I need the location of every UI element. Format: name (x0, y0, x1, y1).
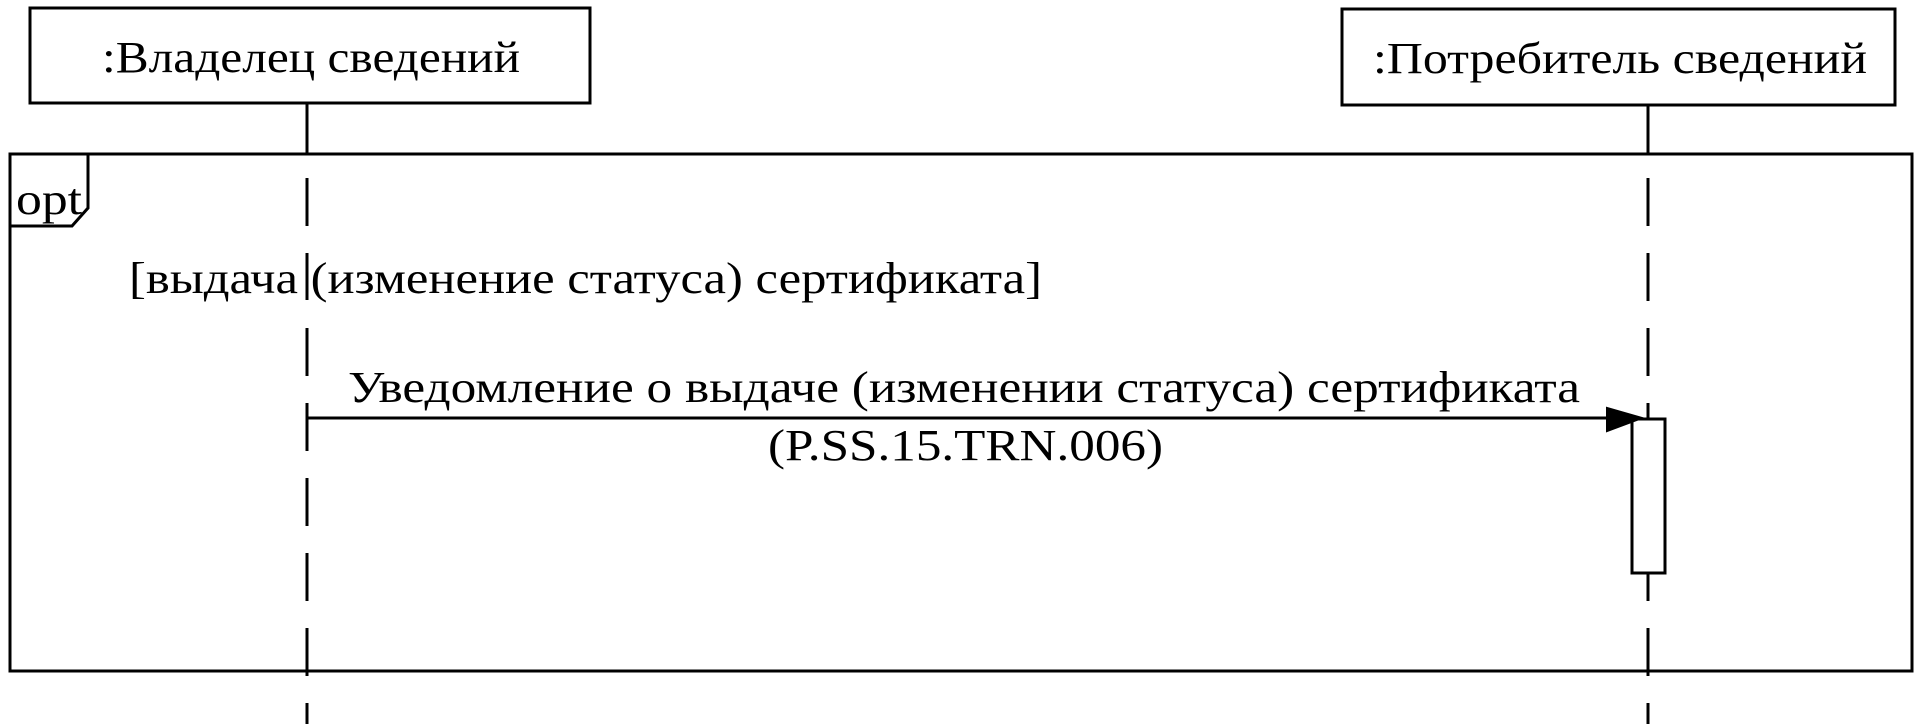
opt-fragment-frame[interactable] (10, 154, 1912, 671)
participant-owner-label: :Владелец сведений (102, 33, 520, 82)
message-code: (P.SS.15.TRN.006) (768, 421, 1163, 470)
sequence-diagram: :Владелец сведений :Потребитель сведений… (0, 0, 1919, 724)
opt-fragment-guard: [выдача (изменение статуса) сертификата] (129, 254, 1042, 303)
opt-fragment[interactable]: opt [выдача (изменение статуса) сертифик… (10, 154, 1912, 671)
activation-bar-consumer (1632, 419, 1665, 573)
message-label: Уведомление о выдаче (изменении статуса)… (348, 363, 1580, 412)
opt-fragment-operator: opt (16, 175, 82, 224)
participant-consumer[interactable]: :Потребитель сведений (1342, 9, 1895, 105)
participant-owner[interactable]: :Владелец сведений (30, 8, 590, 103)
message-notification[interactable]: Уведомление о выдаче (изменении статуса)… (307, 363, 1642, 470)
participant-consumer-label: :Потребитель сведений (1373, 34, 1867, 83)
